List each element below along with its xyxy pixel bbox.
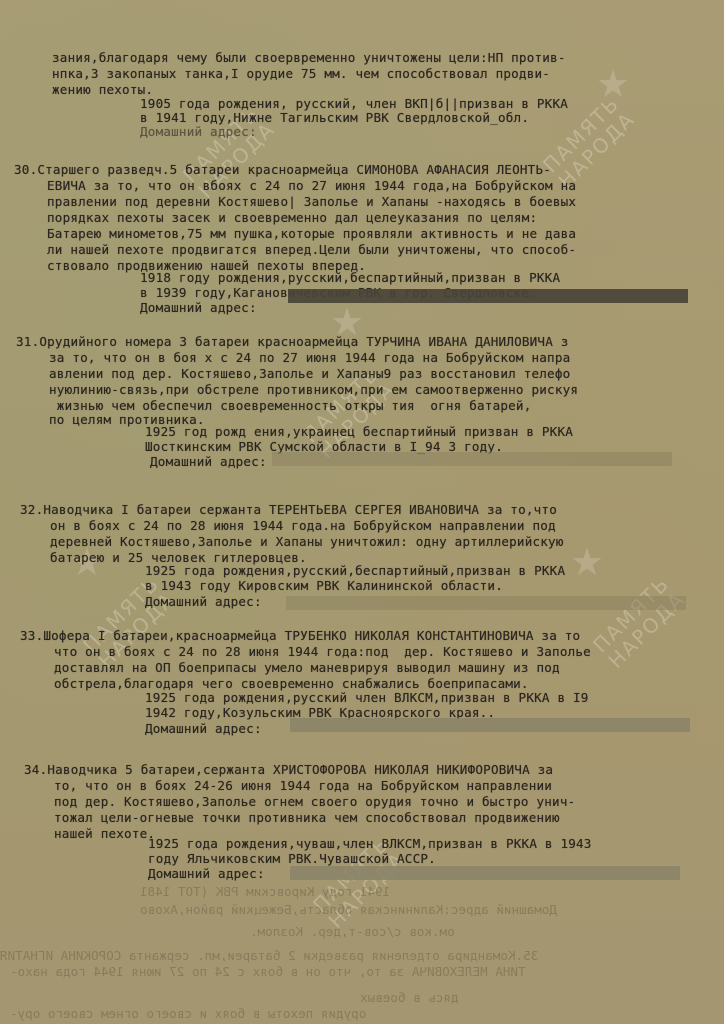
redacted-address (290, 866, 680, 880)
redacted-address (286, 596, 686, 610)
text-line: зания,благодаря чему были своервременно … (52, 50, 566, 65)
text-line: что он в боях с 24 по 28 июня 1944 года:… (54, 644, 591, 659)
entry-32: 32.Наводчика I батареи сержанта ТЕРЕНТЬЕ… (20, 502, 557, 517)
text-line: порядках пехоты засек и своевременно дал… (47, 210, 537, 225)
text-line: ЕВИЧА за то, что он вбоях с 24 по 27 июн… (47, 178, 576, 193)
archival-document-page: ★ ПАМЯТЬ НАРОДА ПАМЯТЬ НАРОДА ★ ПАМЯТЬ Н… (0, 0, 724, 1024)
entry-number: 32. (20, 502, 43, 517)
watermark-star-icon: ★ (570, 540, 604, 584)
text-line: нашей пехоте. (54, 826, 155, 841)
address-label: Домашний адрес: (145, 594, 262, 609)
redacted-address (288, 289, 688, 303)
text-line: авлении под дер. Костяшево,Заполье и Хап… (49, 366, 570, 381)
bio-line: 1925 года рождения,чуваш,член ВЛКСМ,приз… (148, 836, 592, 851)
text-line: правлении под деревни Костяшево| Заполье… (47, 194, 576, 209)
bleed-through-text: ом.ков с/сов-т,дер. Козлом. (250, 924, 455, 939)
text-line: доставлял на ОП боеприпасы умело маневри… (54, 660, 560, 675)
address-label: Домашний адрес: (150, 454, 267, 469)
bio-line: 1918 году рождения,русский,беспартийный,… (140, 270, 560, 285)
entry-number: 31. (16, 334, 39, 349)
bleed-through-text: 1941 году Кировским РВК (ТОТ 1481 (140, 884, 390, 899)
text-line: ли нашей пехоте продвигатся вперед.Цели … (47, 242, 576, 257)
entry-31: 31.Орудийного номера 3 батареи красноарм… (16, 334, 569, 349)
text-line: под дер. Костяшево,Заполье огнем своего … (54, 794, 575, 809)
entry-number: 34. (24, 762, 47, 777)
entry-number: 33. (20, 628, 43, 643)
entry-30: 30.Старшего разведч.5 батареи красноарме… (14, 162, 551, 177)
text-line: за то, что он в боя х с 24 по 27 июня 19… (49, 350, 570, 365)
entry-number: 30. (14, 162, 37, 177)
entry-34: 34.Наводчика 5 батареи,сержанта ХРИСТОФО… (24, 762, 553, 777)
bleed-through-text: орудия пехоты в боях и своего огнем свое… (10, 1006, 366, 1021)
address-label: Домашний адрес: (148, 866, 265, 881)
bio-line: 1925 года рождения,русский член ВЛКСМ,пр… (145, 690, 589, 705)
text-line: нуюлинию-связь,при обстреле противником,… (49, 382, 578, 397)
text-line: нпка,3 закопаных танка,I орудие 75 мм. ч… (52, 66, 550, 81)
text-line: деревней Костяшево,Заполье и Хапаны унич… (50, 534, 564, 549)
text-line: жению пехоты. (52, 82, 153, 97)
text-line: обстрела,благодаря чего своевременно сна… (54, 676, 529, 691)
bleed-through-text: Домашний адрес:Калининская область,Бежец… (140, 902, 557, 917)
bleed-through-text: ТИНА МЕЛЕХОВИЧА за то, что он в боях с 2… (10, 964, 526, 979)
bio-line: в 1941 году,Нижне Тагильским РВК Свердло… (140, 110, 529, 125)
text-line: тожал цели-огневые точки противника чем … (54, 810, 560, 825)
bio-line: в 1943 году Кировским РВК Калининской об… (145, 578, 503, 593)
text-line: жизнью чем обеспечил своевременность отк… (49, 398, 532, 413)
address-label: Домашний адрес: (140, 124, 257, 139)
bio-line: 1925 года рождения,русский,беспартийный,… (145, 563, 565, 578)
text-line: Батарею минометов,75 мм пушка,которые пр… (47, 226, 576, 241)
bleed-through-text: 35.Командира отделения разведки 2 батаре… (0, 948, 538, 963)
bleed-through-text: дясь в боевых (360, 990, 459, 1005)
text-line: он в боях с 24 по 28 июня 1944 года.на Б… (50, 518, 556, 533)
bio-line: году Яльчиковским РВК.Чувашской АССР. (148, 851, 436, 866)
address-label: Домашний адрес: (140, 300, 257, 315)
bio-line: 1925 год рожд ения,украинец беспартийный… (145, 424, 573, 439)
bio-line: 1905 года рождения, русский, член ВКП|б|… (140, 96, 568, 111)
redacted-address (272, 452, 672, 466)
entry-33: 33.Шофера I батареи,красноармейца ТРУБЕН… (20, 628, 580, 643)
address-label: Домашний адрес: (145, 721, 262, 736)
redacted-address (290, 718, 690, 732)
text-line: то, что он в боях 24-26 июня 1944 года н… (54, 778, 552, 793)
watermark: ПАМЯТЬ НАРОДА (589, 572, 689, 672)
